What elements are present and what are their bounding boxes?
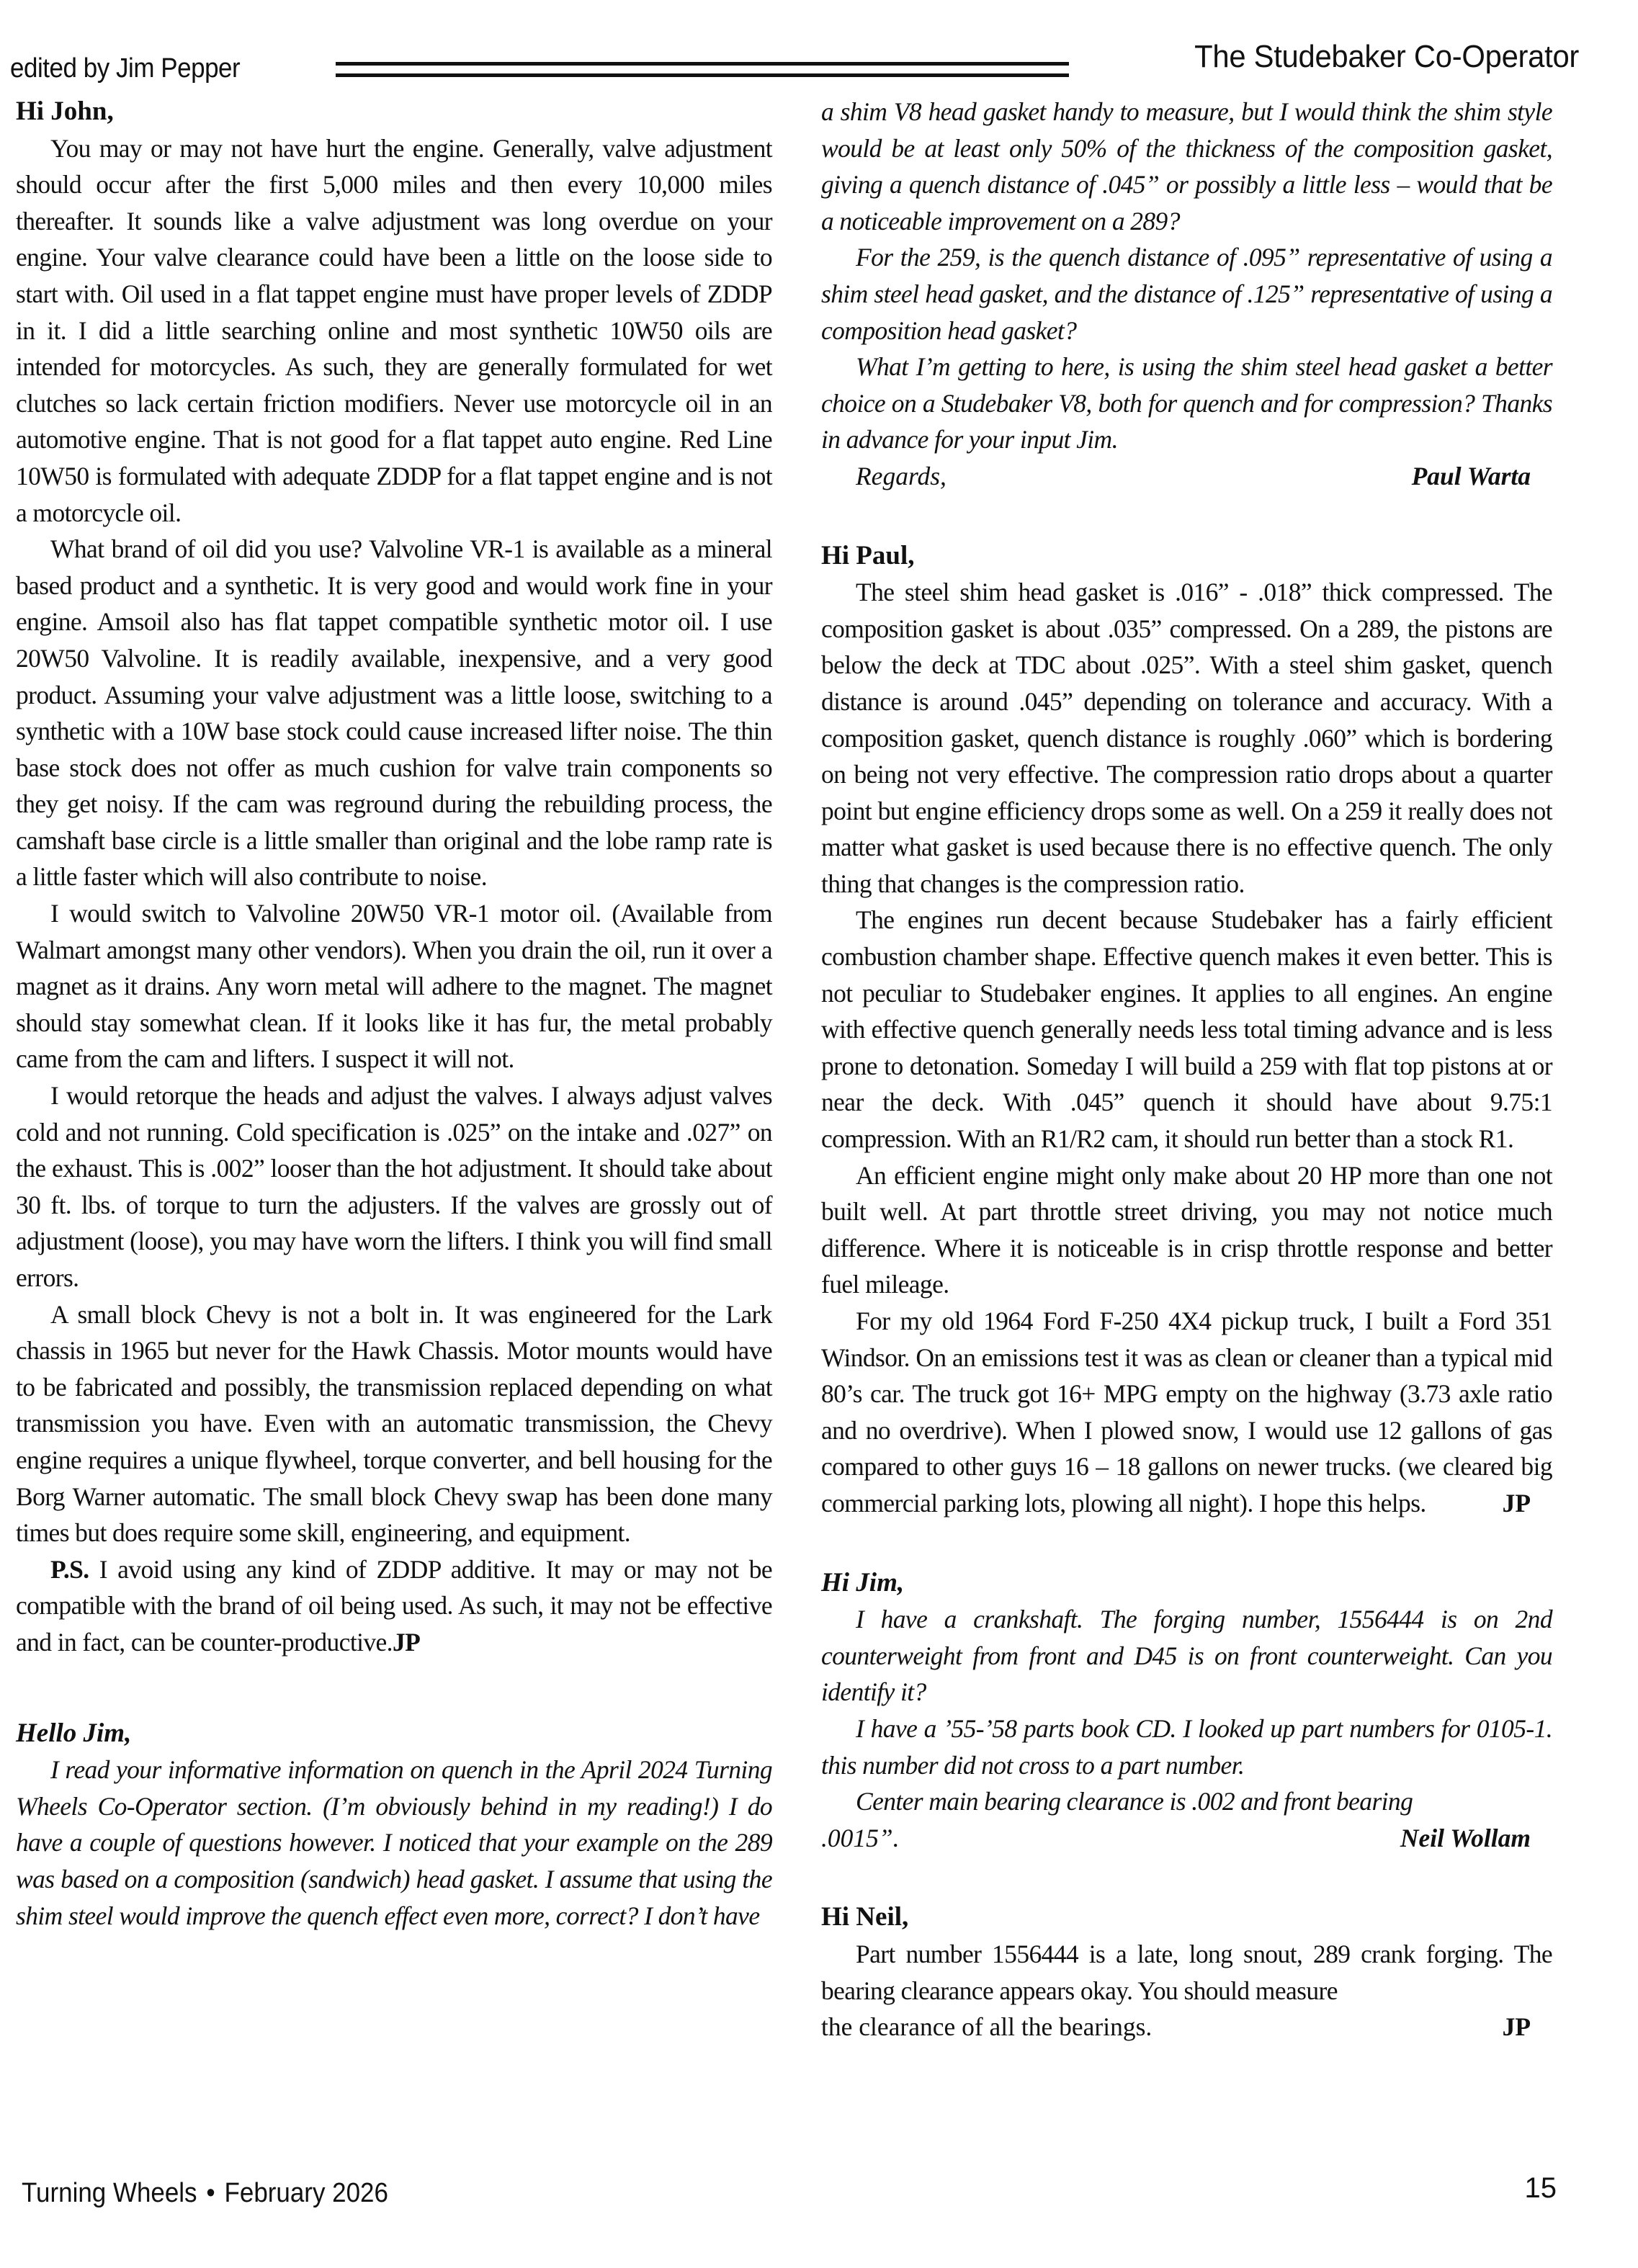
salutation: Hi Paul, — [821, 538, 1552, 575]
header-rule-bottom — [336, 73, 1069, 77]
signature: JP — [1503, 1485, 1552, 1522]
reply-to-paul: Hi Paul, The steel shim head gasket is .… — [821, 538, 1552, 1522]
salutation: Hello Jim, — [16, 1716, 772, 1752]
closing: Regards, — [821, 458, 946, 495]
body-paragraph: The steel shim head gasket is .016” - .0… — [821, 574, 1552, 902]
body-paragraph: You may or may not have hurt the engine.… — [16, 130, 772, 532]
salutation: Hi Neil, — [821, 1899, 1552, 1936]
left-column: Hi John, You may or may not have hurt th… — [16, 94, 772, 1934]
body-paragraph: For my old 1964 Ford F-250 4X4 pickup tr… — [821, 1303, 1552, 1522]
letter-from-paul-part-1: Hello Jim, I read your informative infor… — [16, 1716, 772, 1935]
section-spacer — [821, 1856, 1552, 1899]
body-last-line: .0015”. — [821, 1820, 900, 1857]
issue-date: February 2026 — [225, 2178, 388, 2208]
body-paragraph-continued: a shim V8 head gasket handy to measure, … — [821, 94, 1552, 239]
section-spacer — [821, 495, 1552, 538]
body-paragraph: What brand of oil did you use? Valvoline… — [16, 531, 772, 895]
reply-to-neil: Hi Neil, Part number 1556444 is a late, … — [821, 1899, 1552, 2045]
section-title: The Studebaker Co-Operator — [1194, 39, 1579, 75]
postscript-label: P.S. — [50, 1555, 89, 1584]
final-paragraph-with-signature: For my old 1964 Ford F-250 4X4 pickup tr… — [821, 1303, 1552, 1522]
postscript-paragraph: P.S. I avoid using any kind of ZDDP addi… — [16, 1551, 772, 1661]
closing-line: Regards, Paul Warta — [821, 458, 1552, 495]
page-number: 15 — [1525, 2172, 1557, 2205]
publication-name: Turning Wheels — [22, 2178, 197, 2208]
body-paragraph: I have a ’55-’58 parts book CD. I looked… — [821, 1711, 1552, 1783]
signature: Neil Wollam — [1400, 1820, 1552, 1857]
closing-line: the clearance of all the bearings. JP — [821, 2009, 1552, 2045]
salutation: Hi John, — [16, 94, 772, 130]
letter-from-paul-part-2: a shim V8 head gasket handy to measure, … — [821, 94, 1552, 495]
body-paragraph: A small block Chevy is not a bolt in. It… — [16, 1296, 772, 1551]
body-last-line: the clearance of all the bearings. — [821, 2009, 1152, 2045]
body-paragraph: The engines run decent because Studebake… — [821, 902, 1552, 1157]
page-header: edited by Jim Pepper The Studebaker Co-O… — [0, 0, 1638, 94]
signature: JP — [393, 1628, 420, 1657]
editor-credit: edited by Jim Pepper — [10, 53, 240, 84]
header-rule-top — [336, 62, 1069, 66]
reply-to-john: Hi John, You may or may not have hurt th… — [16, 94, 772, 1661]
publication-line: Turning Wheels•February 2026 — [22, 2178, 388, 2209]
closing-line: .0015”. Neil Wollam — [821, 1820, 1552, 1857]
letter-from-neil: Hi Jim, I have a crankshaft. The forging… — [821, 1565, 1552, 1857]
body-paragraph: I read your informative information on q… — [16, 1752, 772, 1934]
section-spacer — [16, 1661, 772, 1716]
body-paragraph: An efficient engine might only make abou… — [821, 1157, 1552, 1303]
bullet-separator: • — [206, 2178, 215, 2208]
signature: Paul Warta — [1412, 458, 1552, 495]
section-spacer — [821, 1522, 1552, 1565]
body-paragraph: Center main bearing clearance is .002 an… — [821, 1783, 1552, 1820]
signature: JP — [1503, 2009, 1552, 2045]
body-paragraph: I have a crankshaft. The forging number,… — [821, 1601, 1552, 1711]
body-paragraph: Part number 1556444 is a late, long snou… — [821, 1936, 1552, 2009]
right-column: a shim V8 head gasket handy to measure, … — [821, 94, 1552, 2045]
body-paragraph: I would retorque the heads and adjust th… — [16, 1077, 772, 1296]
salutation: Hi Jim, — [821, 1565, 1552, 1602]
body-paragraph: I would switch to Valvoline 20W50 VR-1 m… — [16, 895, 772, 1077]
body-paragraph: What I’m getting to here, is using the s… — [821, 349, 1552, 458]
body-paragraph: For the 259, is the quench distance of .… — [821, 239, 1552, 349]
